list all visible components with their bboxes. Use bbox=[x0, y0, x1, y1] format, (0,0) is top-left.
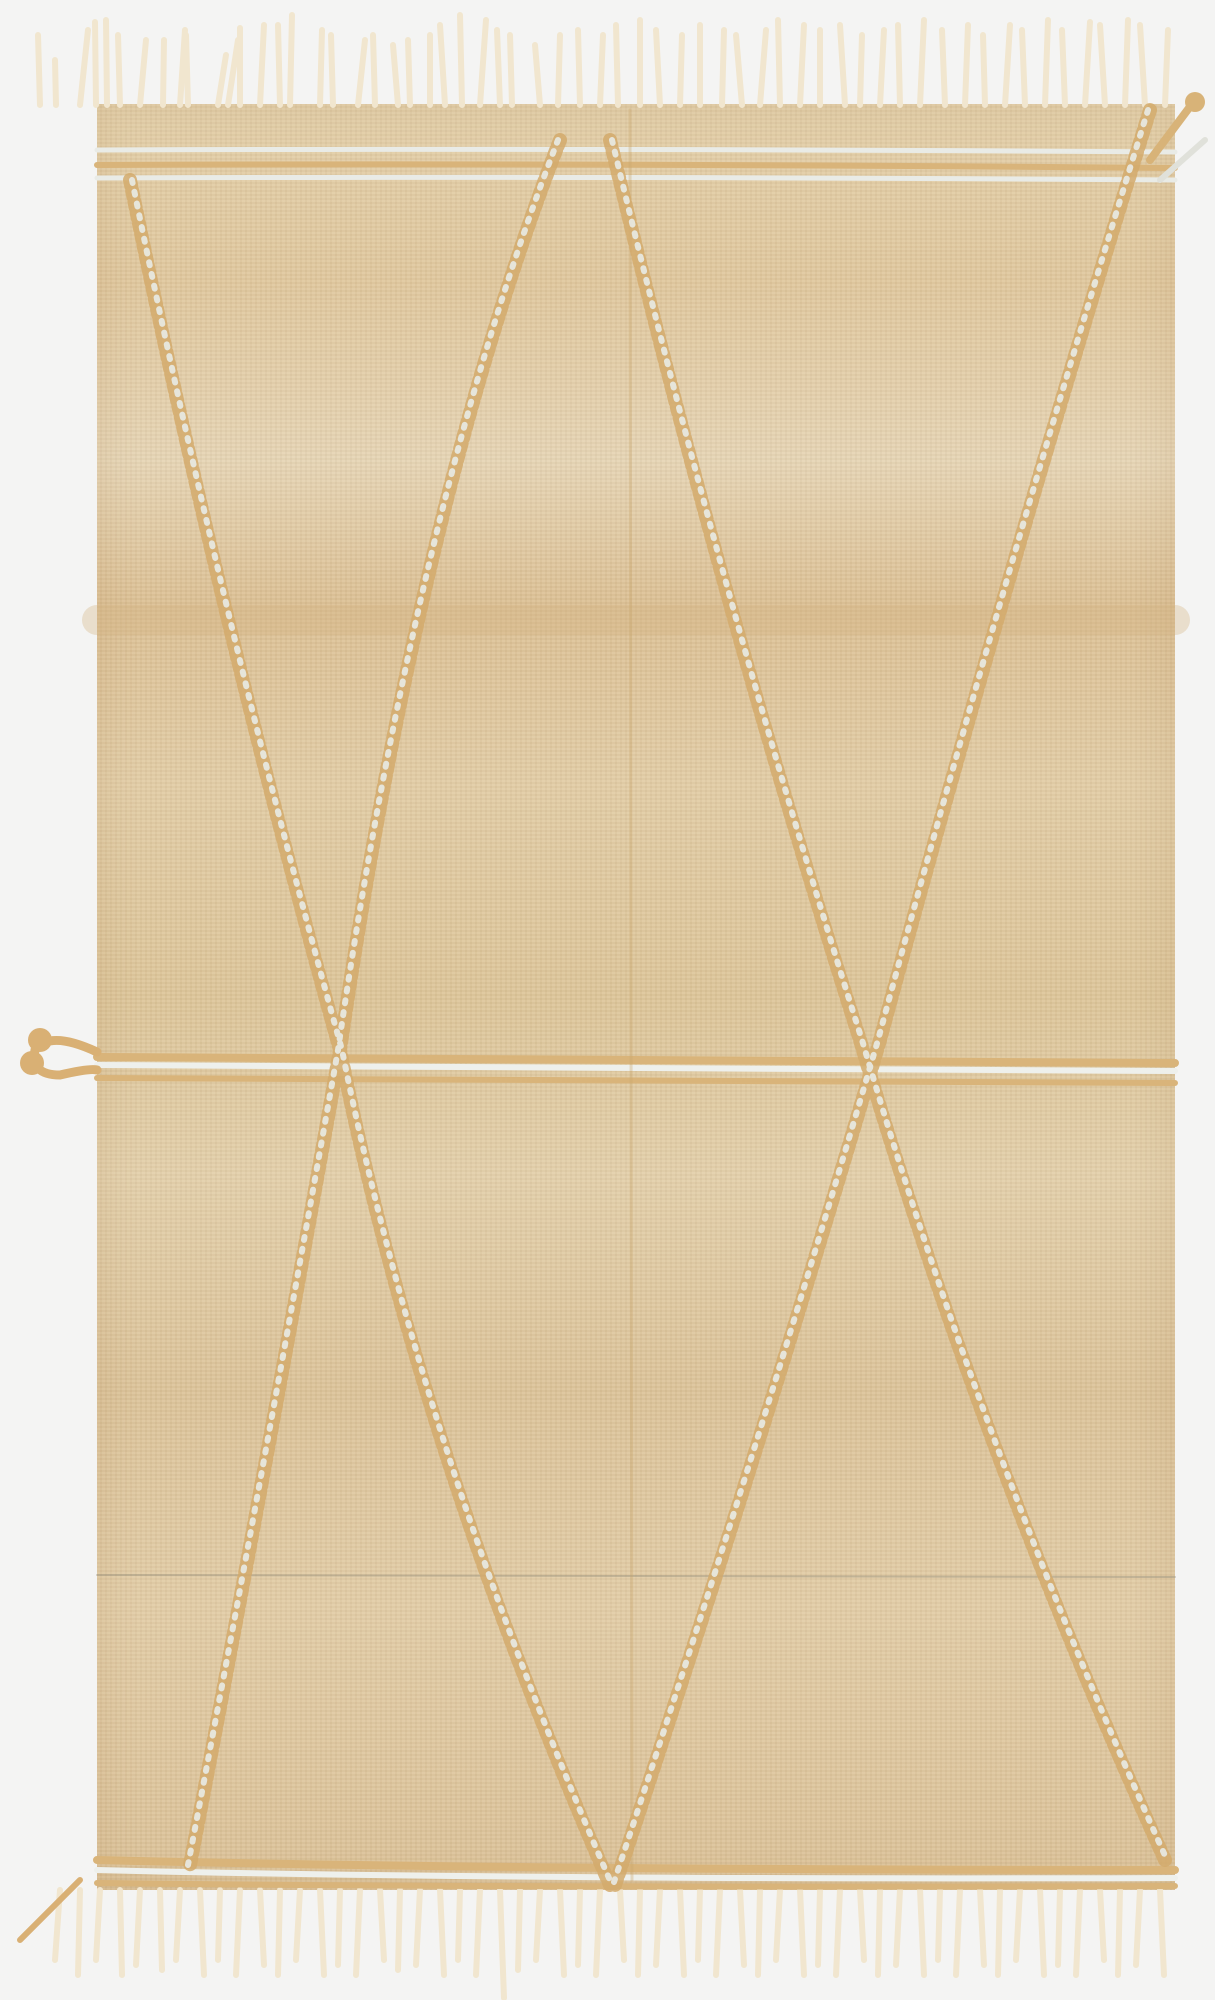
rug-details bbox=[0, 0, 1215, 2000]
pile-lattice bbox=[130, 110, 1167, 1885]
left-tassel bbox=[20, 1028, 97, 1075]
woven-stripes bbox=[97, 110, 1175, 1900]
bottom-left-loose-thread bbox=[20, 1880, 80, 1940]
rug-photo bbox=[0, 0, 1215, 2000]
bottom-fringe bbox=[55, 1890, 1164, 1998]
top-fringe bbox=[38, 15, 1168, 105]
